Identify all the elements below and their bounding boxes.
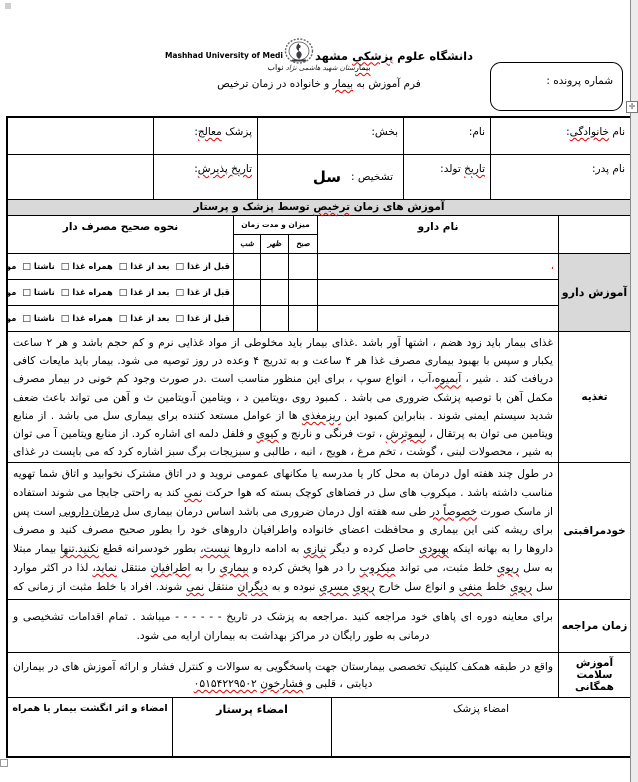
checkbox[interactable]: □ (61, 262, 70, 272)
dose-cell[interactable] (233, 254, 260, 280)
section-label-visit-time: زمان مراجعه (558, 600, 630, 653)
first-name-label: نام: (469, 126, 485, 138)
med-option-label: همراه غذا (72, 313, 112, 323)
physician-field[interactable]: پزشک معالج: (153, 118, 257, 155)
med-option-label: بعد از غذا (130, 313, 169, 323)
checkbox[interactable]: □ (22, 262, 31, 272)
checkbox[interactable]: □ (119, 314, 128, 324)
med-option: ناشتا□ (22, 287, 54, 297)
father-name-label: نام پدر: (592, 163, 625, 175)
method-checkbox-row: قبل از غذا□بعد از غذا□همراه غذا□ناشتا□مو… (8, 306, 233, 332)
section-nutrition: تغذیه غذای بیمار باید زود هضم ، اشتها آو… (8, 332, 630, 463)
med-option: همراه غذا□ (61, 287, 113, 297)
signature-row: امضاء پزشک امضاء پرستار امضاء و اثر انگش… (8, 698, 630, 756)
checkbox[interactable]: □ (176, 262, 185, 272)
med-option-label: قبل از غذا (187, 261, 230, 271)
physician-signature-label: امضاء پزشک (453, 703, 509, 715)
father-name-field[interactable]: نام پدر: (490, 155, 630, 200)
med-option: قبل از غذا□ (176, 313, 230, 323)
med-option: موقع خواب□ (8, 261, 16, 271)
drug-name-cell[interactable]: ، (317, 254, 558, 280)
admission-date-label: تاریخ پذیرش: (194, 163, 252, 175)
med-option-label: موقع خواب (8, 313, 16, 323)
birth-date-label: تاریخ تولد: (440, 163, 485, 175)
med-option-label: بعد از غذا (130, 261, 169, 271)
method-column-header: نحوه صحیح مصرف دار (8, 216, 233, 254)
med-option-label: موقع خواب (8, 287, 16, 297)
dose-cell[interactable] (260, 280, 288, 306)
med-option: همراه غذا□ (61, 261, 113, 271)
dose-column-header: میزان و مدت زمان مصرف (233, 216, 317, 235)
med-option: بعد از غذا□ (119, 313, 170, 323)
empty-cell[interactable] (8, 118, 153, 155)
first-name-field[interactable]: نام: (403, 118, 490, 155)
checkbox[interactable]: □ (176, 288, 185, 298)
dose-sub-night: شب (233, 235, 260, 254)
university-name-en: Mashhad University of Medi (165, 51, 283, 60)
med-option-label: همراه غذا (72, 287, 112, 297)
table-move-handle-icon[interactable]: ✛ (626, 101, 638, 113)
med-option: قبل از غذا□ (176, 261, 230, 271)
med-option-label: قبل از غذا (187, 313, 230, 323)
nurse-signature-cell[interactable]: امضاء پرستار (172, 698, 331, 756)
dose-cell[interactable] (260, 254, 288, 280)
med-option: بعد از غذا□ (119, 287, 170, 297)
med-option: بعد از غذا□ (119, 261, 170, 271)
empty-cell[interactable] (8, 155, 153, 200)
table-resize-handle[interactable] (0, 759, 8, 767)
med-option-label: ناشتا (34, 313, 55, 323)
dose-cell[interactable] (260, 306, 288, 332)
section-self-care: خودمراقبتی در طول چند هفته اول درمان به … (8, 463, 630, 600)
checkbox[interactable]: □ (119, 262, 128, 272)
checkbox[interactable]: □ (22, 314, 31, 324)
file-number-box[interactable]: شماره پرونده : (490, 62, 623, 111)
dose-cell[interactable] (288, 306, 317, 332)
self-care-text: در طول چند هفته اول درمان به محل کار یا … (8, 463, 558, 600)
dose-cell[interactable] (233, 280, 260, 306)
section-visit-time: زمان مراجعه برای معاینه دوره ای پاهای خو… (8, 600, 630, 653)
university-name-fa: دانشگاه علوم پزشکی مشهد (315, 49, 473, 63)
info-row-1: نام خانوادگی: نام: بخش: پزشک معالج: (8, 118, 630, 155)
med-option: ناشتا□ (22, 313, 54, 323)
patient-signature-label: امضاء و اثر انگشت بیمار یا همراه (12, 703, 167, 714)
public-health-text: واقع در طبقه همکف کلینیک تخصصی بیمارستان… (8, 653, 558, 698)
diagnosis-field[interactable]: تشخیص : سل (257, 155, 403, 200)
checkbox[interactable]: □ (61, 314, 70, 324)
admission-date-field[interactable]: تاریخ پذیرش: (153, 155, 257, 200)
diagnosis-label: تشخیص : (351, 171, 393, 183)
window-right-edge (630, 0, 638, 782)
section-label-self-care: خودمراقبتی (558, 463, 630, 600)
nutrition-text: غذای بیمار باید زود هضم ، اشتها آور باشد… (8, 332, 558, 463)
ward-field[interactable]: بخش: (257, 118, 403, 155)
med-option: همراه غذا□ (61, 313, 113, 323)
checkbox[interactable]: □ (176, 314, 185, 324)
visit-time-text: برای معاینه دوره ای پاهای خود مراجعه کنی… (8, 600, 558, 653)
checkbox[interactable]: □ (22, 288, 31, 298)
section-label-drug-education: آموزش دارو (558, 254, 630, 332)
dose-sub-morning: صبح (288, 235, 317, 254)
last-name-label: نام خانوادگی: (566, 126, 625, 138)
drug-name-column-header: نام دارو (317, 216, 558, 254)
med-option: موقع خواب□ (8, 287, 16, 297)
empty-label-cell (558, 216, 630, 254)
med-option: موقع خواب□ (8, 313, 16, 323)
dose-cell[interactable] (288, 254, 317, 280)
medication-table: آموزش دارو نام دارو میزان و مدت زمان مصر… (8, 216, 630, 332)
dose-sub-noon: ظهر (260, 235, 288, 254)
margin-mark (5, 3, 11, 9)
ward-label: بخش: (371, 126, 398, 138)
dose-cell[interactable] (288, 280, 317, 306)
method-checkbox-row: قبل از غذا□بعد از غذا□همراه غذا□ناشتا□مو… (8, 254, 233, 280)
diagnosis-value: سل (313, 168, 341, 186)
document-page: دانشگاه علوم پزشکی مشهد Mashhad Universi… (0, 0, 638, 782)
med-option-label: ناشتا (34, 261, 55, 271)
med-option: قبل از غذا□ (176, 287, 230, 297)
med-option: ناشتا□ (22, 261, 54, 271)
drug-name-cell[interactable] (317, 306, 558, 332)
discharge-form-table: نام خانوادگی: نام: بخش: پزشک معالج: نام … (6, 116, 632, 758)
med-option-label: بعد از غذا (130, 287, 169, 297)
last-name-field[interactable]: نام خانوادگی: (490, 118, 630, 155)
checkbox[interactable]: □ (61, 288, 70, 298)
section-label-public-health: آموزش سلامت همگانی (558, 653, 630, 698)
section-public-health: آموزش سلامت همگانی واقع در طبقه همکف کلی… (8, 653, 630, 698)
physician-label: پزشک معالج: (194, 126, 252, 138)
info-row-2: نام پدر: تاریخ تولد: تشخیص : سل تاریخ پذ… (8, 155, 630, 200)
section-label-nutrition: تغذیه (558, 332, 630, 463)
dose-cell[interactable] (233, 306, 260, 332)
education-table-title: آموزش های زمان ترخیص توسط پزشک و پرستار (8, 200, 630, 216)
med-option-label: همراه غذا (72, 261, 112, 271)
red-comma-mark: ، (551, 261, 554, 272)
file-number-label: شماره پرونده : (546, 75, 613, 87)
med-option-label: قبل از غذا (187, 287, 230, 297)
physician-signature-cell[interactable]: امضاء پزشک (331, 698, 630, 756)
drug-name-cell[interactable] (317, 280, 558, 306)
nurse-signature-label: امضاء پرستار (216, 703, 288, 716)
birth-date-field[interactable]: تاریخ تولد: (403, 155, 490, 200)
method-checkbox-row: قبل از غذا□بعد از غذا□همراه غذا□ناشتا□مو… (8, 280, 233, 306)
patient-signature-cell[interactable]: امضاء و اثر انگشت بیمار یا همراه (8, 698, 172, 756)
med-option-label: ناشتا (34, 287, 55, 297)
med-option-label: موقع خواب (8, 261, 16, 271)
checkbox[interactable]: □ (119, 288, 128, 298)
